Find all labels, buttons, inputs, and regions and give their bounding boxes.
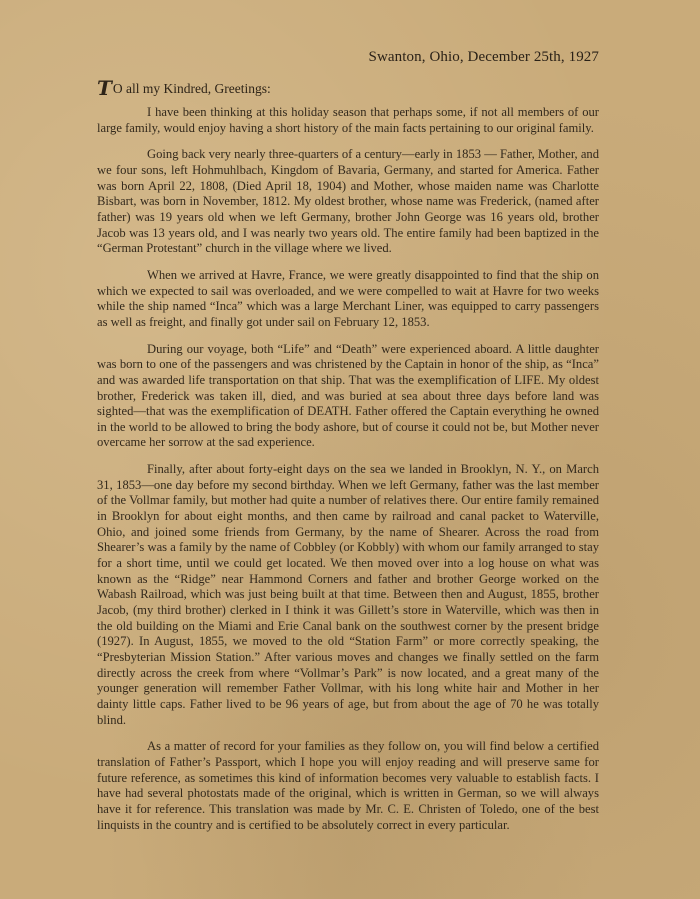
ornamental-initial: T: [97, 76, 112, 100]
paragraph-voyage: During our voyage, both “Life” and “Deat…: [97, 342, 599, 452]
letter-body: I have been thinking at this holiday sea…: [97, 105, 599, 844]
paragraph-intro: I have been thinking at this holiday sea…: [97, 105, 599, 136]
paragraph-havre: When we arrived at Havre, France, we wer…: [97, 268, 599, 331]
paragraph-arrival: Finally, after about forty-eight days on…: [97, 462, 599, 728]
dateline: Swanton, Ohio, December 25th, 1927: [369, 49, 599, 66]
salutation: TO all my Kindred, Greetings:: [97, 76, 271, 100]
paragraph-departure: Going back very nearly three-quarters of…: [97, 147, 599, 257]
salutation-text: O all my Kindred, Greetings:: [113, 81, 271, 96]
paragraph-passport: As a matter of record for your families …: [97, 739, 599, 833]
